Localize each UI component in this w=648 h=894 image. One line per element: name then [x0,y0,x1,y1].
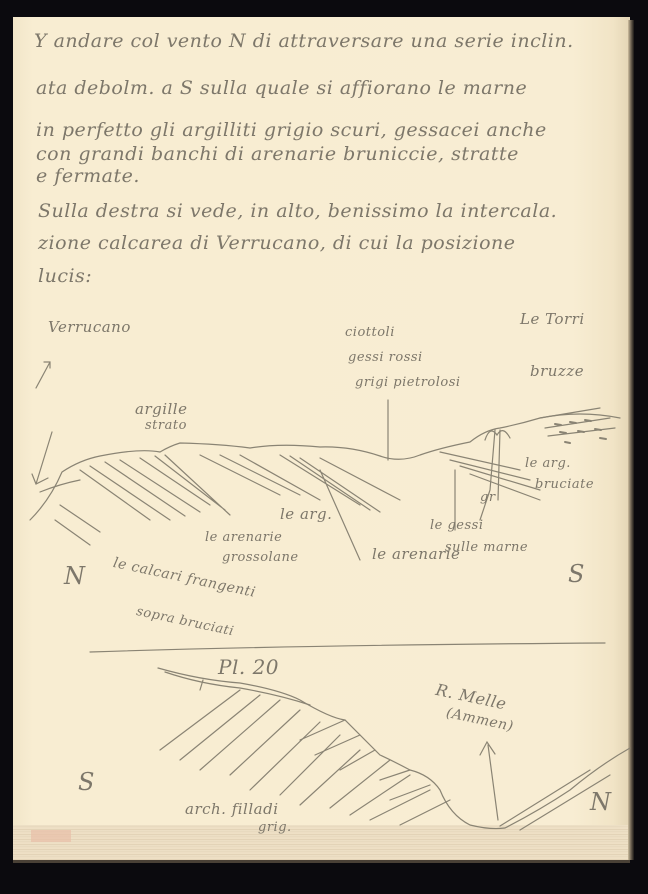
compass-n-upper: N [64,562,86,590]
divider-line [90,643,605,652]
label-grigi-pietrolosi: grigi pietrolosi [355,375,461,390]
label-gessi-rossi: gessi rossi [348,350,423,365]
label-le-arenarie-1: le arenarie [205,530,282,545]
compass-s-lower: S [78,768,95,796]
label-ciottoli: ciottoli [345,325,395,340]
label-le-arg: le arg. [280,505,332,523]
label-le-gessi: le gessi [430,518,484,533]
arrow-up-icon [36,362,50,388]
label-bruzze: bruzze [530,362,584,380]
label-gr: gr [480,490,496,505]
arrow-down-icon [32,432,52,484]
label-le-arenarie-2: le arenarie [372,545,460,563]
label-le-torri: Le Torri [520,310,585,328]
compass-s-upper: S [568,560,585,588]
lower-cross-section [90,643,630,830]
label-arch-filladi: arch. filladi [185,800,279,818]
label-verrucano: Verrucano [48,318,131,336]
label-bruciate: bruciate [535,477,594,492]
label-strato: strato [145,418,187,433]
label-argille: argille [135,400,187,418]
compass-n-lower: N [590,788,612,816]
arrow-up-icon [480,742,498,820]
label-le-arg-right: le arg. [525,456,571,471]
label-grig: grig. [258,820,292,835]
label-peak-pl20: Pl. 20 [218,655,279,679]
geological-sketches [0,0,648,894]
label-grossolane: grossolane [222,550,299,565]
